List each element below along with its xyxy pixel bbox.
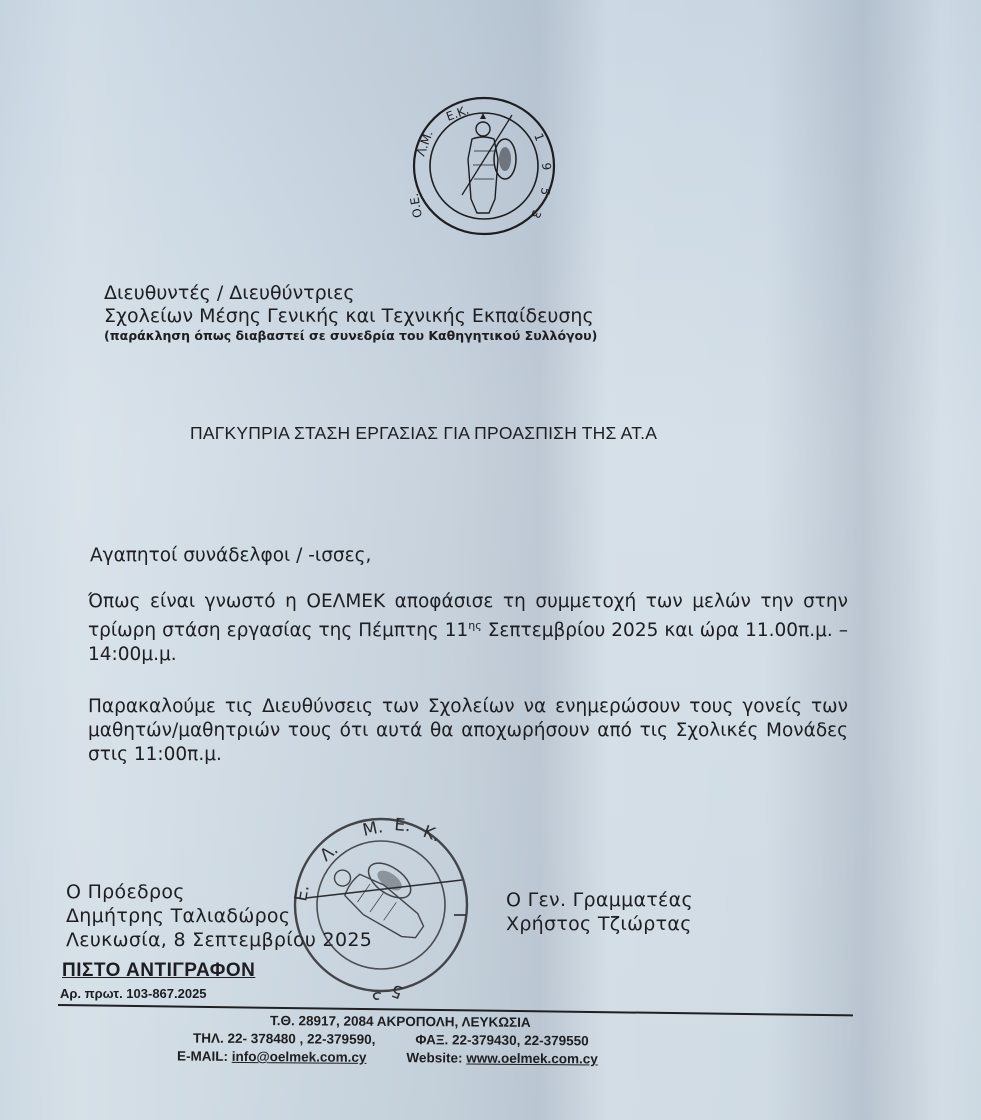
svg-text:1: 1 [531,131,547,143]
ordinal-superscript: ης [468,619,481,632]
svg-text:Ο.Ε.: Ο.Ε. [410,192,425,219]
footer-address: Τ.Θ. 28917, 2084 ΑΚΡΟΠΟΛΗ, ΛΕΥΚΩΣΙΑ [270,1013,531,1030]
recipient-block: Διευθυντές / Διευθύντριες Σχολείων Μέσης… [104,282,597,344]
svg-text:Ε.: Ε. [291,883,314,902]
footer-phone-fax: ΤΗΛ. 22- 378480 , 22-379590,ΦΑΞ. 22-3794… [193,1031,589,1049]
recipient-note: (παράκληση όπως διαβαστεί σε συνεδρία το… [104,328,597,344]
official-stamp-icon: Μ. Ε. Κ. Λ. Ε. 5 3 [286,810,476,1000]
secretary-role: Ο Γεν. Γραμματέας [506,888,693,912]
svg-text:Ε.Κ.: Ε.Κ. [444,103,470,124]
svg-text:Ε.: Ε. [394,815,412,836]
email-link[interactable]: info@oelmek.com.cy [232,1049,367,1065]
svg-text:5: 5 [538,186,553,196]
document-title: ΠΑΓΚΥΠΡΙΑ ΣΤΑΣΗ ΕΡΓΑΣΙΑΣ ΓΙΑ ΠΡΟΑΣΠΙΣΗ Τ… [190,423,657,444]
secretary-name: Χρήστος Τζιώρτας [506,912,693,936]
svg-text:9: 9 [539,162,554,171]
footer-phone: ΤΗΛ. 22- 378480 , 22-379590, [193,1031,375,1047]
signature-secretary: Ο Γεν. Γραμματέας Χρήστος Τζιώρτας [506,888,693,936]
oelmek-seal-icon: Ε.Κ. Λ.Μ. Ο.Ε. 1 9 5 3 [410,95,558,237]
svg-text:Μ.: Μ. [361,817,385,841]
svg-text:3: 3 [528,208,544,221]
body-paragraph-1: Όπως είναι γνωστό η ΟΕΛΜΕΚ αποφάσισε τη … [88,590,848,667]
certified-copy-label: ΠΙΣΤΟ ΑΝΤΙΓΡΑΦΟΝ [62,960,255,982]
website-link[interactable]: www.oelmek.com.cy [466,1051,598,1067]
protocol-number: Αρ. πρωτ. 103-867.2025 [60,986,207,1001]
svg-text:Λ.Μ.: Λ.Μ. [414,129,436,158]
svg-text:3: 3 [371,987,384,1000]
document-page: Ε.Κ. Λ.Μ. Ο.Ε. 1 9 5 3 Διευθυντές / Διευ… [0,0,981,1120]
body-paragraph-2: Παρακαλούμε τις Διευθύνσεις των Σχολείων… [88,695,848,767]
email-label: E-MAIL: [177,1049,232,1064]
recipient-line-2: Σχολείων Μέσης Γενικής και Τεχνικής Εκπα… [104,305,597,328]
website-label: Website: [406,1050,466,1065]
footer-contact: E-MAIL: info@oelmek.com.cyWebsite: www.o… [177,1049,598,1067]
recipient-line-1: Διευθυντές / Διευθύντριες [104,282,597,305]
footer-fax: ΦΑΞ. 22-379430, 22-379550 [415,1032,588,1048]
greeting: Αγαπητοί συνάδελφοι / -ισσες, [90,545,371,566]
